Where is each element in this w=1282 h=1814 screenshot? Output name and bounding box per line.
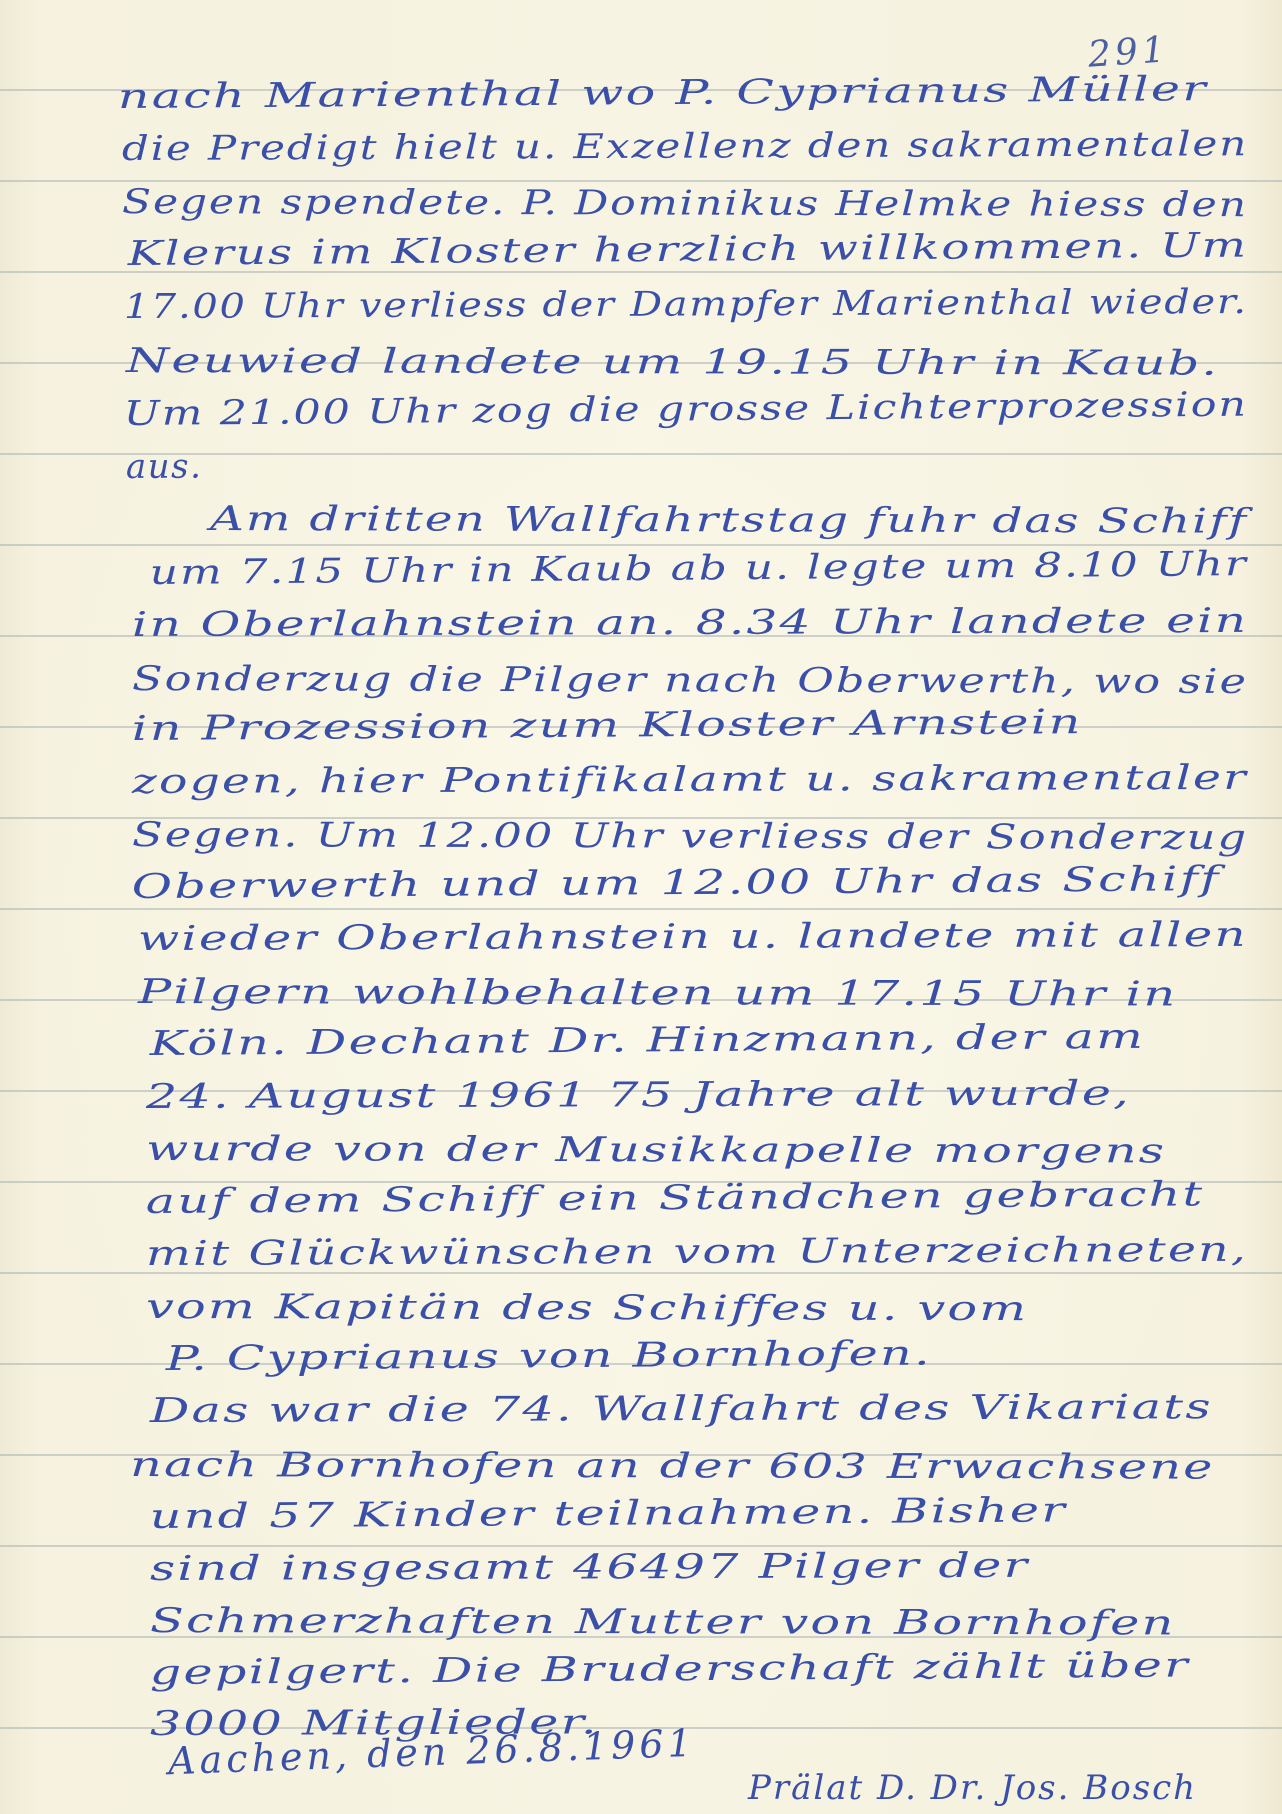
handwritten-line: Pilgern wohlbehalten um 17.15 Uhr in bbox=[138, 975, 1177, 1012]
handwritten-line: P. Cyprianus von Bornhofen. bbox=[165, 1336, 932, 1376]
handwritten-line: Oberwerth und um 12.00 Uhr das Schiff bbox=[131, 862, 1220, 904]
handwritten-line: Am dritten Wallfahrtstag fuhr das Schiff bbox=[210, 502, 1248, 539]
handwritten-line: nach Marienthal wo P. Cyprianus Müller bbox=[117, 72, 1208, 114]
handwritten-line: Sonderzug die Pilger nach Oberwerth, wo … bbox=[132, 662, 1248, 699]
handwritten-line: vom Kapitän des Schiffes u. vom bbox=[146, 1290, 1028, 1326]
handwritten-line: Neuwied landete um 19.15 Uhr in Kaub. bbox=[126, 344, 1219, 381]
handwritten-line: 17.00 Uhr verliess der Dampfer Marientha… bbox=[124, 285, 1248, 324]
handwritten-line: und 57 Kinder teilnahmen. Bisher bbox=[149, 1493, 1067, 1534]
handwritten-line: zogen, hier Pontifikalamt u. sakramental… bbox=[132, 761, 1248, 799]
handwritten-line: mit Glückwünschen vom Unterzeichneten, bbox=[146, 1233, 1248, 1271]
handwritten-line: aus. bbox=[126, 450, 203, 484]
handwritten-line: Das war die 74. Wallfahrt des Vikariats bbox=[150, 1390, 1213, 1428]
handwritten-line: die Predigt hielt u. Exzellenz den sakra… bbox=[122, 127, 1248, 166]
handwritten-line: Köln. Dechant Dr. Hinzmann, der am bbox=[149, 1020, 1145, 1061]
handwritten-line: nach Bornhofen an der 603 Erwachsene bbox=[130, 1448, 1215, 1485]
handwritten-line: Um 21.00 Uhr zog die grosse Lichterproze… bbox=[124, 388, 1249, 431]
signature: Prälat D. Dr. Jos. Bosch bbox=[748, 1768, 1197, 1808]
handwritten-line: wurde von der Musikkapelle morgens bbox=[146, 1132, 1166, 1168]
handwritten-line: gepilgert. Die Bruderschaft zählt über bbox=[149, 1648, 1190, 1690]
notebook-page: 291 nach Marienthal wo P. Cyprianus Müll… bbox=[0, 0, 1282, 1814]
handwritten-line: 24. August 1961 75 Jahre alt wurde, bbox=[146, 1076, 1131, 1114]
handwritten-line: wieder Oberlahnstein u. landete mit alle… bbox=[138, 918, 1248, 956]
handwritten-line: in Oberlahnstein an. 8.34 Uhr landete ei… bbox=[132, 604, 1249, 642]
handwritten-line: sind insgesamt 46497 Pilger der bbox=[150, 1549, 1030, 1586]
handwritten-line: Klerus im Kloster herzlich willkommen. U… bbox=[128, 228, 1249, 271]
handwritten-line: auf dem Schiff ein Ständchen gebracht bbox=[145, 1177, 1204, 1219]
handwritten-line: Segen. Um 12.00 Uhr verliess der Sonderz… bbox=[132, 818, 1248, 855]
handwritten-line: Schmerzhaften Mutter von Bornhofen bbox=[150, 1604, 1176, 1640]
handwritten-line: um 7.15 Uhr in Kaub ab u. legte um 8.10 … bbox=[150, 547, 1249, 590]
handwritten-line: in Prozession zum Kloster Arnstein bbox=[131, 705, 1082, 746]
handwritten-line: Segen spendete. P. Dominikus Helmke hies… bbox=[122, 185, 1248, 222]
